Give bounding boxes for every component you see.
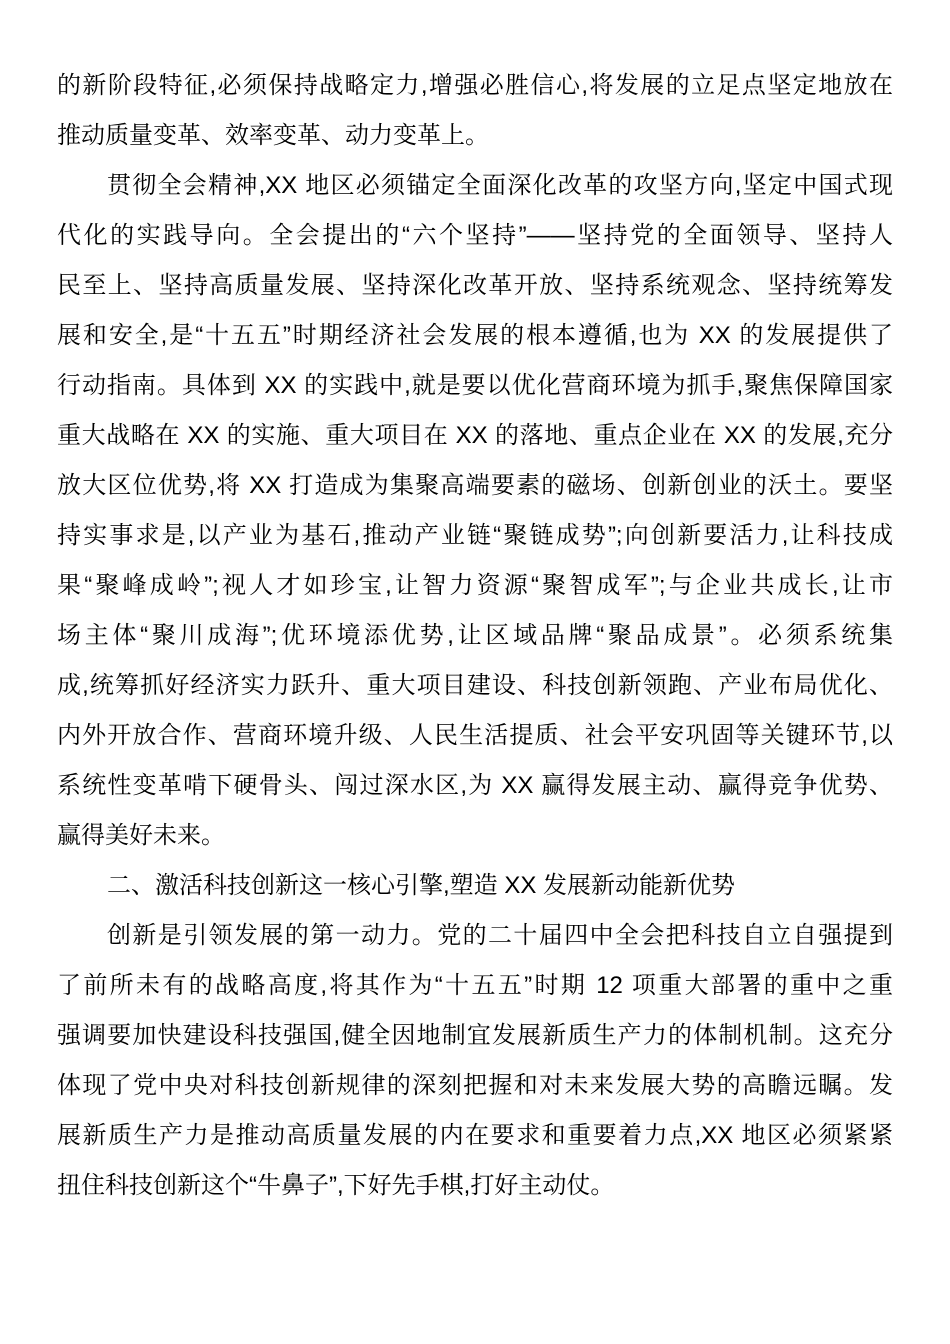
- text-line: 代化的实践导向。全会提出的“六个坚持”——坚持党的全面领导、坚持人: [57, 211, 893, 261]
- text-line: 体现了党中央对科技创新规律的深刻把握和对未来发展大势的高瞻远瞩。发: [57, 1061, 893, 1111]
- text-line: 赢得美好未来。: [57, 811, 893, 861]
- text-line: 放大区位优势,将 XX 打造成为集聚高端要素的磁场、创新创业的沃土。要坚: [57, 461, 893, 511]
- text-line: 创新是引领发展的第一动力。党的二十届四中全会把科技自立自强提到: [57, 911, 893, 961]
- text-line: 了前所未有的战略高度,将其作为“十五五”时期 12 项重大部署的重中之重: [57, 961, 893, 1011]
- text-line: 扭住科技创新这个“牛鼻子”,下好先手棋,打好主动仗。: [57, 1161, 893, 1211]
- section-heading: 二、激活科技创新这一核心引擎,塑造 XX 发展新动能新优势: [57, 861, 893, 911]
- document-page: 的新阶段特征,必须保持战略定力,增强必胜信心,将发展的立足点坚定地放在 推动质量…: [0, 0, 950, 1344]
- text-line: 重大战略在 XX 的实施、重大项目在 XX 的落地、重点企业在 XX 的发展,充…: [57, 411, 893, 461]
- text-line: 贯彻全会精神,XX 地区必须锚定全面深化改革的攻坚方向,坚定中国式现: [57, 161, 893, 211]
- text-line: 行动指南。具体到 XX 的实践中,就是要以优化营商环境为抓手,聚焦保障国家: [57, 361, 893, 411]
- text-line: 果“聚峰成岭”;视人才如珍宝,让智力资源“聚智成军”;与企业共成长,让市: [57, 561, 893, 611]
- text-line: 民至上、坚持高质量发展、坚持深化改革开放、坚持系统观念、坚持统筹发: [57, 261, 893, 311]
- text-line: 展新质生产力是推动高质量发展的内在要求和重要着力点,XX 地区必须紧紧: [57, 1111, 893, 1161]
- text-line: 系统性变革啃下硬骨头、闯过深水区,为 XX 赢得发展主动、赢得竞争优势、: [57, 761, 893, 811]
- text-line: 场主体“聚川成海”;优环境添优势,让区域品牌“聚品成景”。必须系统集: [57, 611, 893, 661]
- text-line: 强调要加快建设科技强国,健全因地制宜发展新质生产力的体制机制。这充分: [57, 1011, 893, 1061]
- text-line: 展和安全,是“十五五”时期经济社会发展的根本遵循,也为 XX 的发展提供了: [57, 311, 893, 361]
- text-line: 的新阶段特征,必须保持战略定力,增强必胜信心,将发展的立足点坚定地放在: [57, 61, 893, 111]
- text-line: 成,统筹抓好经济实力跃升、重大项目建设、科技创新领跑、产业布局优化、: [57, 661, 893, 711]
- text-line: 内外开放合作、营商环境升级、人民生活提质、社会平安巩固等关键环节,以: [57, 711, 893, 761]
- text-line: 持实事求是,以产业为基石,推动产业链“聚链成势”;向创新要活力,让科技成: [57, 511, 893, 561]
- text-line: 推动质量变革、效率变革、动力变革上。: [57, 111, 893, 161]
